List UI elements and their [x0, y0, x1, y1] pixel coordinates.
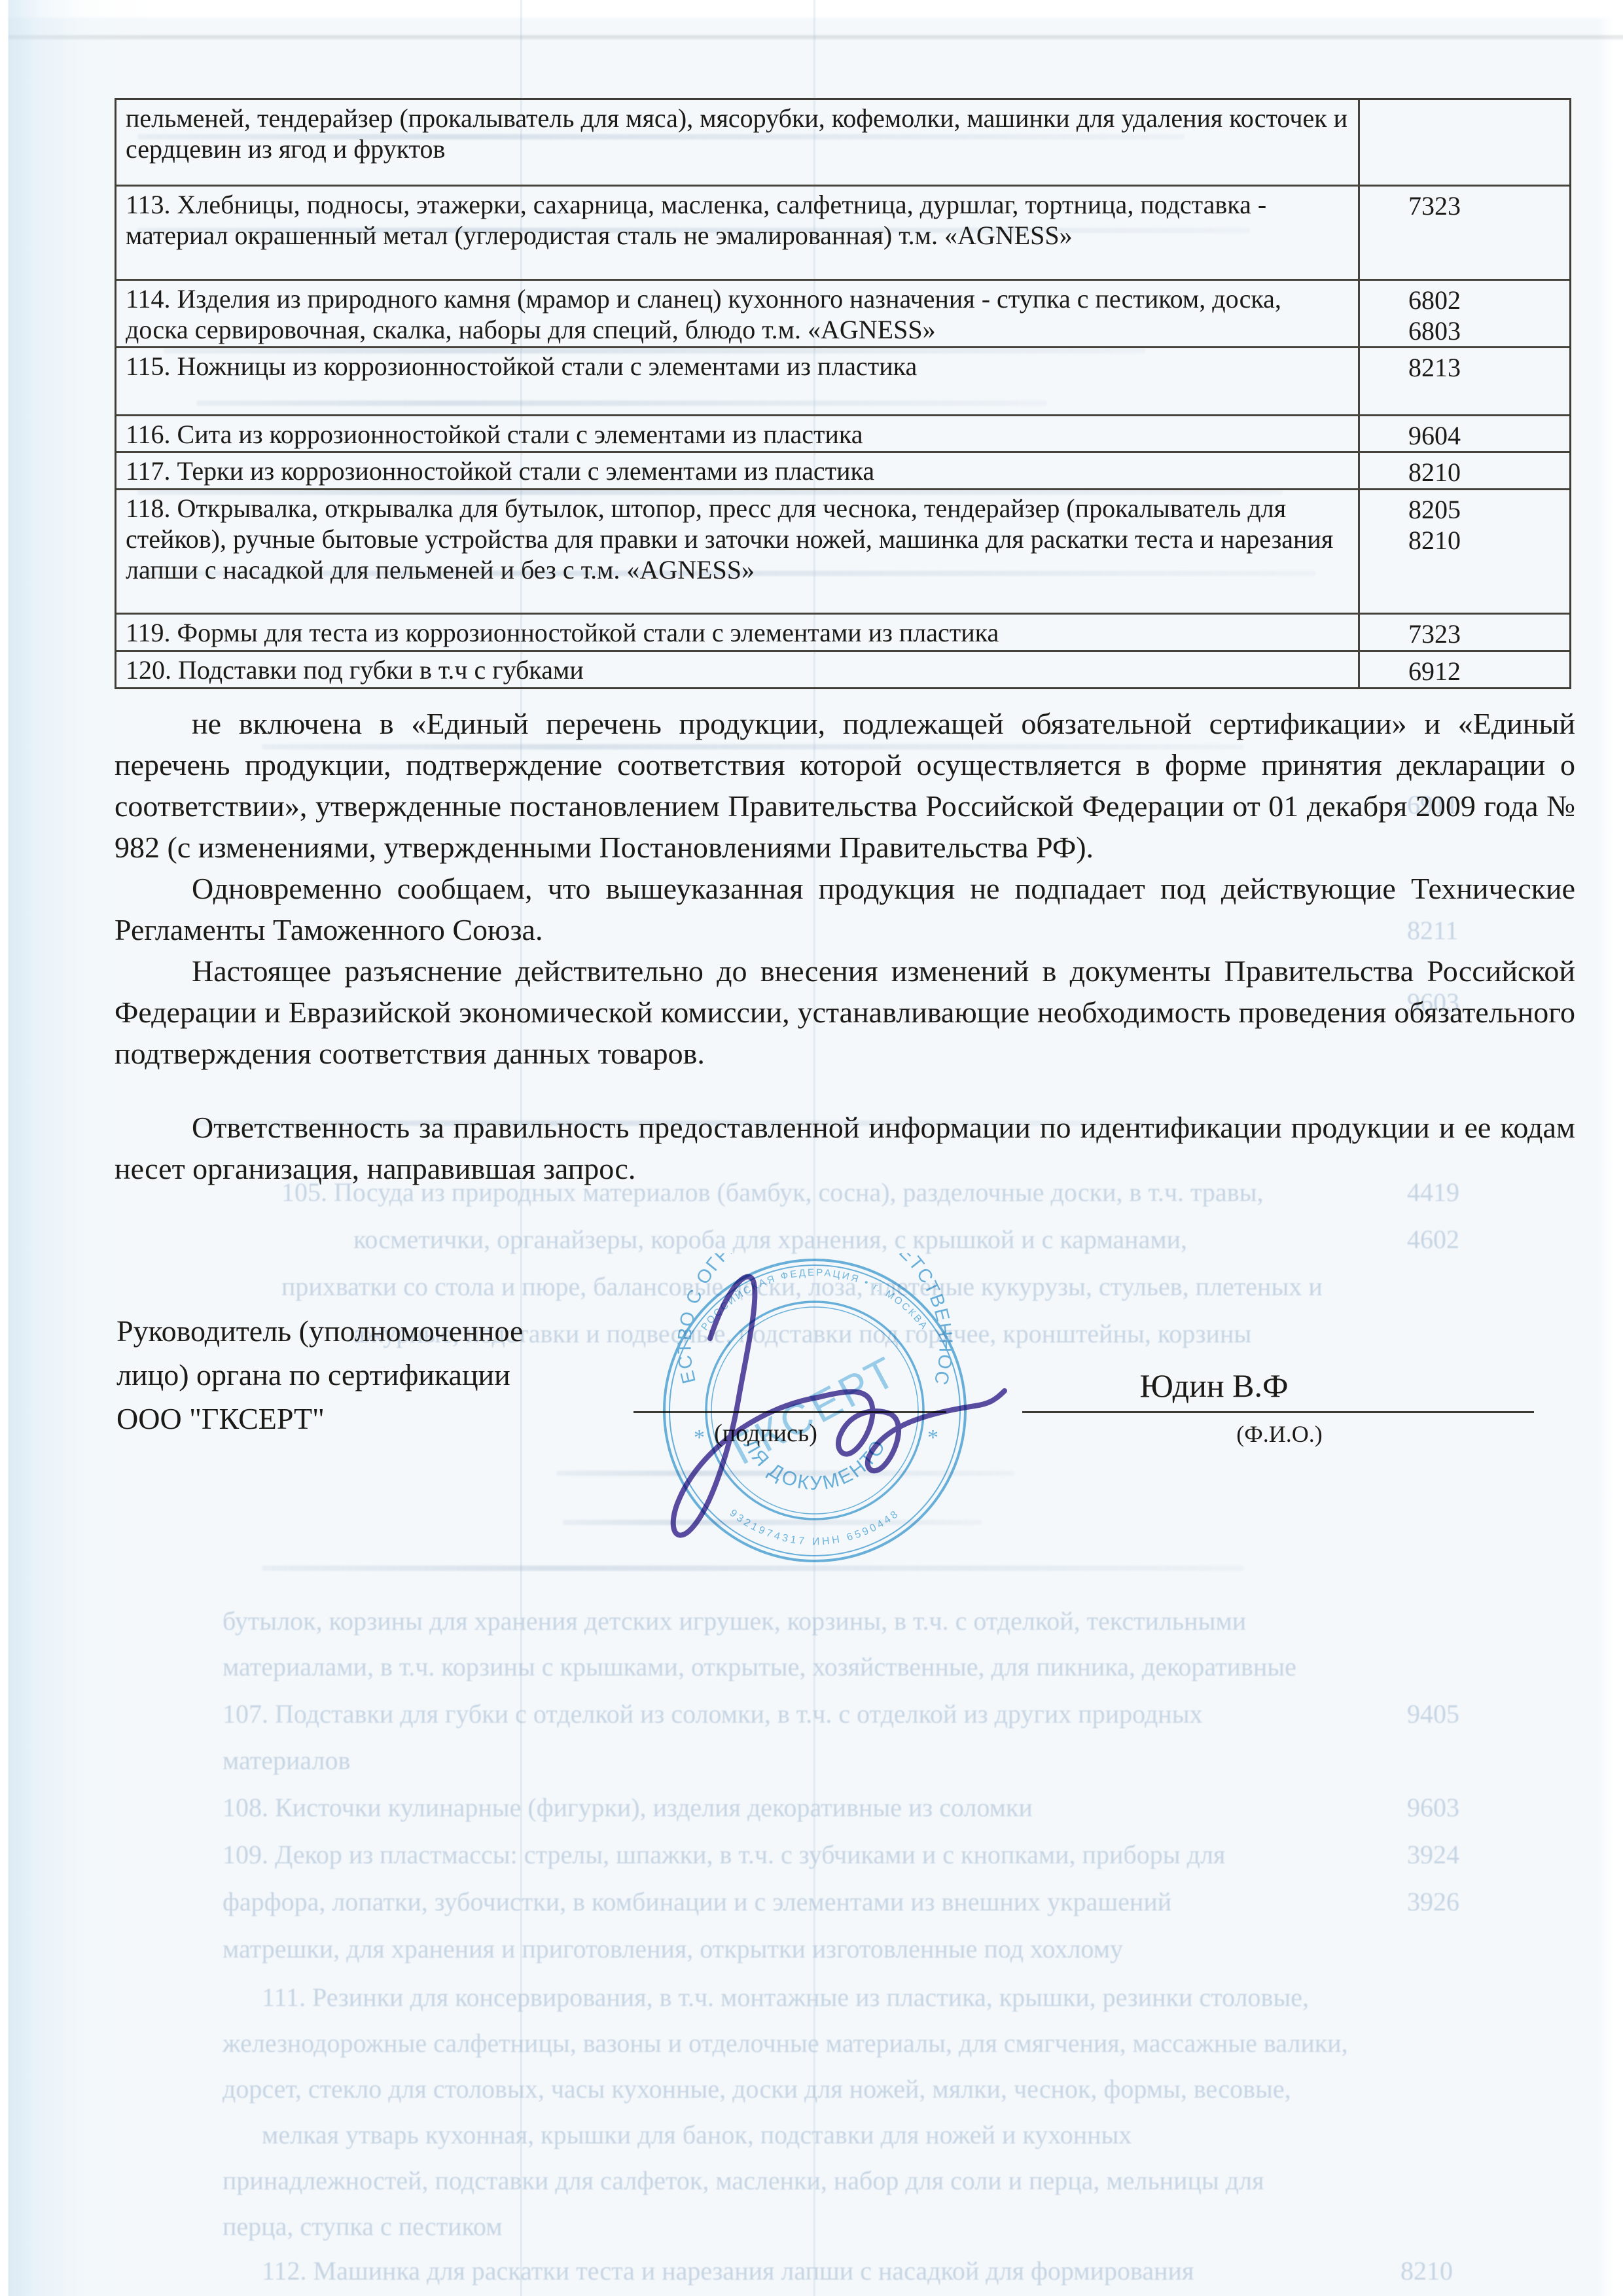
bleedthrough-text: перца, ступка с пестиком	[223, 2212, 503, 2241]
product-code-cell	[1360, 100, 1569, 185]
bleedthrough-text: 108. Кисточки кулинарные (фигурки), изде…	[223, 1793, 1033, 1822]
product-description-cell: 115. Ножницы из коррозионностойкой стали…	[116, 348, 1360, 414]
bleedthrough-text: 3926	[1407, 1888, 1459, 1916]
bleedthrough-text: 8210	[1400, 2257, 1453, 2286]
bleedthrough-text: 109. Декор из пластмассы: стрелы, шпажки…	[223, 1840, 1225, 1869]
bleedthrough-text: 112. Машинка для раскатки теста и нареза…	[262, 2257, 1194, 2286]
bleedthrough-text: дорсет, стекло для столовых, часы кухонн…	[223, 2075, 1291, 2104]
paragraph: не включена в «Единый перечень продукции…	[115, 703, 1575, 868]
bleedthrough-text: железнодорожные салфетницы, вазоны и отд…	[223, 2029, 1348, 2058]
table-row: 120. Подставки под губки в т.ч с губками…	[116, 652, 1569, 687]
bleedthrough-text: 107. Подставки для губки с отделкой из с…	[223, 1700, 1203, 1729]
table-row: 115. Ножницы из коррозионностойкой стали…	[116, 348, 1569, 416]
product-code-cell: 8210	[1360, 453, 1569, 488]
paragraph: Одновременно сообщаем, что вышеуказанная…	[115, 868, 1575, 950]
table-row: пельменей, тендерайзер (прокалыватель дл…	[116, 100, 1569, 187]
product-code-cell: 7323	[1360, 615, 1569, 650]
product-code-cell: 7323	[1360, 187, 1569, 279]
name-caption: (Ф.И.О.)	[1185, 1420, 1374, 1448]
product-description-cell: 118. Открывалка, открывалка для бутылок,…	[116, 490, 1360, 613]
table-row: 113. Хлебницы, подносы, этажерки, сахарн…	[116, 187, 1569, 281]
table-row: 117. Терки из коррозионностойкой стали с…	[116, 453, 1569, 490]
bleedthrough-text: принадлежностей, подставки для салфеток,…	[223, 2166, 1264, 2195]
bleedthrough-text: бутылок, корзины для хранения детских иг…	[223, 1607, 1246, 1636]
table-row: 114. Изделия из природного камня (мрамор…	[116, 281, 1569, 348]
bleedthrough-text: материалов	[223, 1746, 350, 1775]
product-code-cell: 9604	[1360, 416, 1569, 451]
paragraph: Ответственность за правильность предоста…	[115, 1107, 1575, 1189]
bleedthrough-text: 9603	[1407, 1793, 1459, 1822]
signer-name: Юдин В.Ф	[1086, 1367, 1342, 1405]
bleedthrough-text: фарфора, лопатки, зубочистки, в комбинац…	[223, 1888, 1171, 1916]
table-row: 116. Сита из коррозионностойкой стали с …	[116, 416, 1569, 453]
bleedthrough-text: матрешки, для хранения и приготовления, …	[223, 1935, 1123, 1964]
bleedthrough-text: мелкая утварь кухонная, крышки для банок…	[262, 2121, 1132, 2149]
product-description-cell: 117. Терки из коррозионностойкой стали с…	[116, 453, 1360, 488]
product-code-cell: 6802 6803	[1360, 281, 1569, 346]
product-description-cell: 120. Подставки под губки в т.ч с губками	[116, 652, 1360, 687]
certifier-role-label: Руководитель (уполномоченное лицо) орган…	[116, 1309, 575, 1441]
products-table: пельменей, тендерайзер (прокалыватель дл…	[115, 98, 1571, 689]
handwritten-signature	[648, 1250, 1014, 1558]
bleedthrough-text: материалами, в т.ч. корзины с крышками, …	[223, 1653, 1296, 1681]
product-description-cell: 116. Сита из коррозионностойкой стали с …	[116, 416, 1360, 451]
name-line	[1022, 1411, 1534, 1413]
product-description-cell: 113. Хлебницы, подносы, этажерки, сахарн…	[116, 187, 1360, 279]
product-code-cell: 6912	[1360, 652, 1569, 687]
product-description-cell: 119. Формы для теста из коррозионностойк…	[116, 615, 1360, 650]
bleedthrough-text: 111. Резинки для консервирования, в т.ч.…	[262, 1983, 1309, 2012]
product-description-cell: пельменей, тендерайзер (прокалыватель дл…	[116, 100, 1360, 185]
body-paragraphs: не включена в «Единый перечень продукции…	[115, 703, 1575, 1189]
product-description-cell: 114. Изделия из природного камня (мрамор…	[116, 281, 1360, 346]
table-row: 118. Открывалка, открывалка для бутылок,…	[116, 490, 1569, 615]
paragraph: Настоящее разъяснение действительно до в…	[115, 950, 1575, 1074]
table-row: 119. Формы для теста из коррозионностойк…	[116, 615, 1569, 652]
product-code-cell: 8205 8210	[1360, 490, 1569, 613]
scanned-certification-letter-page: 6911 8211 9603 105. Посуда из природных …	[0, 0, 1623, 2296]
bleedthrough-text: 3924	[1407, 1840, 1459, 1869]
bleedthrough-text: 9405	[1407, 1700, 1459, 1729]
product-code-cell: 8213	[1360, 348, 1569, 414]
bleedthrough-text: 4602	[1407, 1225, 1459, 1254]
